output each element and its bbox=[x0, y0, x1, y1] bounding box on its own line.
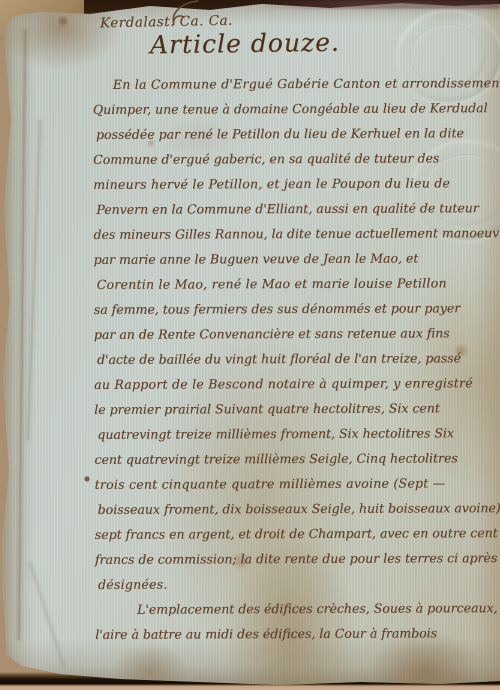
manuscript-line: possédée par rené le Petillon du lieu de… bbox=[96, 120, 497, 147]
manuscript-line: au Rapport de le Bescond notaire à quimp… bbox=[94, 370, 498, 397]
manuscript-line: francs de commission; la dite rente due … bbox=[95, 545, 499, 572]
stain-marks bbox=[0, 0, 2, 2]
manuscript-line: trois cent cinquante quatre millièmes av… bbox=[94, 470, 498, 497]
manuscript-line: par marie anne le Buguen veuve de Jean l… bbox=[94, 245, 498, 272]
article-title: Article douze. bbox=[150, 28, 340, 60]
manuscript-text: En la Commune d'Ergué Gabérie Canton et … bbox=[93, 70, 500, 647]
manuscript-line: désignées. bbox=[98, 570, 499, 597]
manuscript-line: mineurs hervé le Petillon, et jean le Po… bbox=[93, 170, 497, 197]
manuscript-line: par an de Rente Convenancière et sans re… bbox=[94, 320, 498, 347]
manuscript-line: boisseaux froment, dix boisseaux Seigle,… bbox=[98, 495, 499, 522]
manuscript-line: des mineurs Gilles Rannou, la dite tenue… bbox=[93, 220, 497, 247]
manuscript-line: d'acte de baillée du vingt huit floréal … bbox=[97, 345, 498, 372]
manuscript-line: sa femme, tous fermiers des sus dénommés… bbox=[94, 295, 498, 322]
manuscript-line: L'emplacement des édifices crèches, Soue… bbox=[95, 595, 499, 622]
document-scan: Kerdalast. Ca. Ca. Article douze. En la … bbox=[0, 0, 500, 690]
manuscript-line: Quimper, une tenue à domaine Congéable a… bbox=[93, 95, 497, 122]
manuscript-line: l'aire à battre au midi des édifices, la… bbox=[95, 620, 499, 647]
manuscript-line: Penvern en la Commune d'Elliant, aussi e… bbox=[96, 195, 497, 222]
manuscript-line: En la Commune d'Ergué Gabérie Canton et … bbox=[93, 70, 497, 97]
manuscript-line: le premier prairial Suivant quatre hecto… bbox=[94, 395, 498, 422]
manuscript-line: sept francs en argent, et droit de Champ… bbox=[95, 520, 499, 547]
manuscript-line: Corentin le Mao, rené le Mao et marie lo… bbox=[97, 270, 498, 297]
manuscript-line: cent quatrevingt treize millièmes Seigle… bbox=[94, 445, 498, 472]
manuscript-line: quatrevingt treize millièmes froment, Si… bbox=[97, 420, 498, 447]
manuscript-line: Commune d'ergué gaberic, en sa qualité d… bbox=[93, 145, 497, 172]
ink-smudge bbox=[258, 0, 500, 9]
